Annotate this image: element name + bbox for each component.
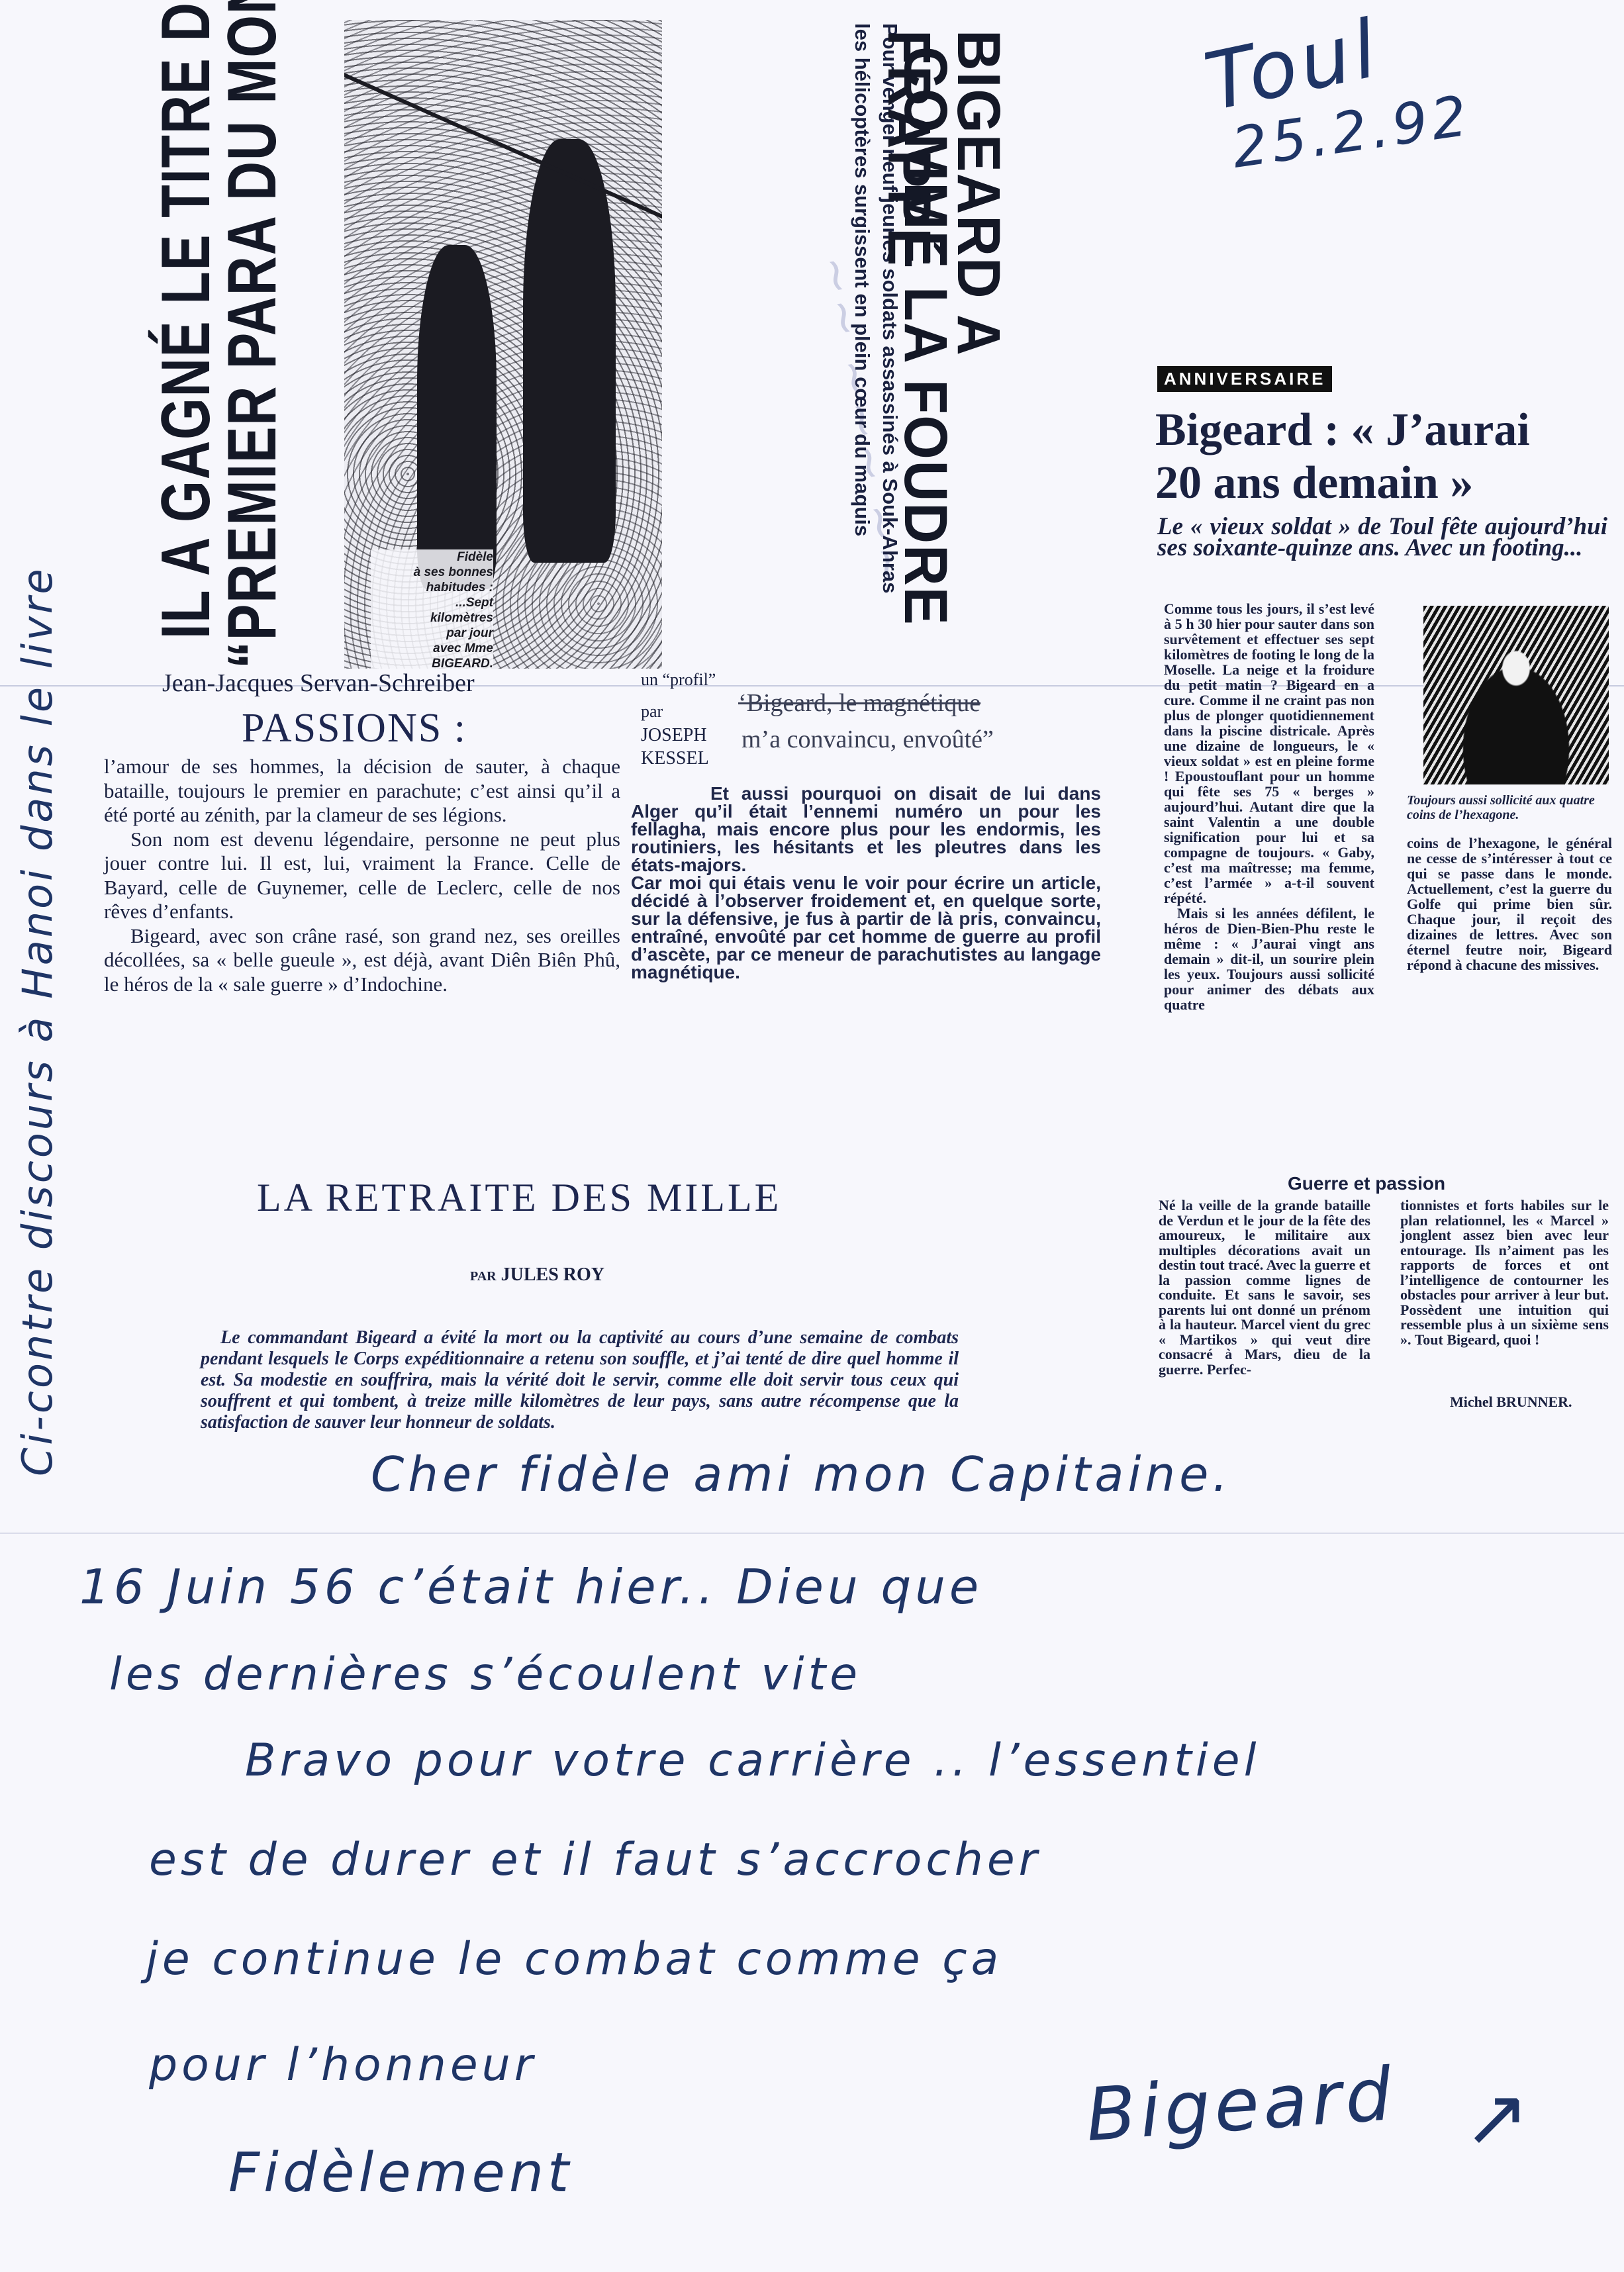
kessel-par-label: par (641, 702, 663, 722)
figure-child (417, 245, 497, 589)
ss-body: l’amour de ses hommes, la décision de sa… (104, 755, 620, 996)
kessel-author-last: KESSEL (641, 748, 709, 769)
anniversaire-signature: Michel BRUNNER. (1450, 1394, 1572, 1411)
letter-line: 16 Juin 56 c’était hier.. Dieu que (79, 1559, 982, 1615)
roy-byline: par JULES ROY (470, 1264, 604, 1286)
kessel-profil-label: un “profil” (641, 670, 716, 690)
ss-paragraph: Son nom est devenu légendaire, personne … (104, 828, 620, 924)
letter-line: Fidèlement (228, 2142, 573, 2204)
anniversaire-kicker: ANNIVERSAIRE (1157, 366, 1332, 392)
caption-line: par jour (371, 626, 493, 641)
anniversaire-paragraph: Comme tous les jours, il s’est levé à 5 … (1164, 601, 1374, 906)
clipping2-headline-line2: COMME LA FOUDRE (890, 46, 960, 626)
anniversaire-subhead: Guerre et passion (1288, 1173, 1445, 1194)
kessel-author-first: JOSEPH (641, 725, 707, 746)
fold-line-bottom (0, 1533, 1624, 1534)
letter-line: est de durer et il faut s’accrocher (149, 1834, 1041, 1886)
figure-bigeard (523, 139, 616, 563)
anniversaire-col3: Né la veille de la grande bataille de Ve… (1159, 1198, 1370, 1377)
margin-note: Ci-contre discours à Hanoi dans le livre (13, 566, 62, 1476)
anniversaire-standfirst: Le « vieux soldat » de Toul fête aujourd… (1157, 516, 1607, 559)
clipping2-subhead-line2: les hélicoptères surgissent en plein cœu… (850, 23, 874, 536)
caption-line: avec Mme (371, 641, 493, 656)
anniversaire-headline-line2: 20 ans demain » (1155, 457, 1473, 510)
caption-line: ...Sept (371, 595, 493, 610)
caption-line: kilomètres (371, 610, 493, 626)
anniversaire-col4: tionnistes et forts habiles sur le plan … (1400, 1198, 1609, 1347)
roy-title: LA RETRAITE DES MILLE (257, 1175, 781, 1221)
arrow-icon: ↗ (1463, 2072, 1530, 2164)
letter-line: les dernières s’écoulent vite (109, 1648, 861, 1701)
ss-title: PASSIONS : (242, 705, 467, 752)
anniversaire-col2: coins de l’hexagone, le général ne cesse… (1407, 835, 1612, 972)
letter-signature: Bigeard (1083, 2052, 1398, 2157)
letter-line: Cher fidèle ami mon Capitaine. (371, 1446, 1231, 1502)
anniversaire-col1: Comme tous les jours, il s’est levé à 5 … (1164, 601, 1374, 1012)
letter-line: Bravo pour votre carrière .. l’essentiel (245, 1734, 1260, 1787)
caption-line: à ses bonnes (371, 565, 493, 580)
anniversaire-paragraph: Mais si les années défilent, le héros de… (1164, 906, 1374, 1012)
anniversaire-photo-caption: Toujours aussi sollicité aux quatre coin… (1407, 793, 1612, 822)
letter-line: je continue le combat comme ça (146, 1933, 1002, 1985)
kessel-quote-line2: m’a convaincu, envoûté” (741, 725, 994, 754)
photo-bigeard-portrait (1423, 606, 1609, 784)
letter-line: pour l’honneur (149, 2039, 537, 2091)
caption-line: Fidèle (371, 549, 493, 565)
ss-paragraph: Bigeard, avec son crâne rasé, son grand … (104, 924, 620, 997)
clipping1-headline-line2: “PREMIER PARA DU MONDE (213, 0, 292, 669)
ss-author: Jean-Jacques Servan-Schreiber (162, 669, 475, 698)
roy-body: Le commandant Bigeard a évité la mort ou… (201, 1327, 959, 1433)
kessel-paragraph: Car moi qui étais venu le voir pour écri… (631, 874, 1101, 981)
anniversaire-headline-line1: Bigeard : « J’aurai (1155, 404, 1530, 457)
clipping1-photo-caption: Fidèle à ses bonnes habitudes : ...Sept … (371, 549, 493, 671)
ss-paragraph: l’amour de ses hommes, la décision de sa… (104, 755, 620, 828)
kessel-paragraph: Et aussi pourquoi on disait de lui dans … (631, 784, 1101, 874)
caption-line: habitudes : (371, 580, 493, 595)
kessel-body: Et aussi pourquoi on disait de lui dans … (631, 784, 1101, 981)
kessel-quote-line1: ‘Bigeard, le magnétique (738, 688, 980, 718)
